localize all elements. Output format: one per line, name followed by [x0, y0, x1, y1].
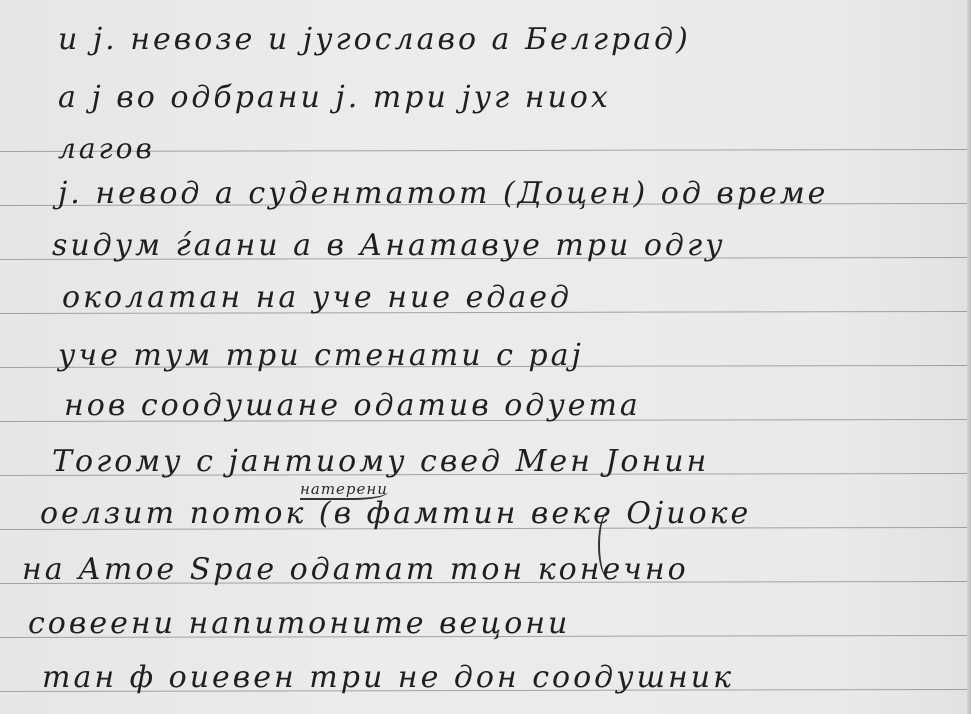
handwritten-line: на Атое Ѕрае одатат тон конечно — [22, 552, 689, 587]
handwritten-line: ѕидум ѓаани а в Анатавуе три одгу — [52, 228, 726, 263]
handwritten-line: тан ф оиевен три не дон соодушник — [42, 660, 734, 695]
interlinear-insertion: натерени — [300, 480, 388, 500]
handwritten-line: Тогому с јантиому свед Мен Јонин — [52, 444, 709, 479]
handwritten-line: ј. невод а судентатот (Доцен) од време — [58, 176, 828, 211]
handwritten-line: а ј во одбрани ј. три југ ниох — [58, 80, 611, 115]
handwritten-line: совеени напитоните вецони — [28, 606, 570, 641]
handwritten-line: оелзит поток (в фамтин веке Ојиоке — [40, 496, 751, 531]
handwritten-line: околатан на уче ние едаед — [62, 280, 572, 315]
handwritten-line: и ј. невозе и југославо а Белград) — [58, 22, 691, 57]
handwritten-line: уче тум три стенати с рај — [58, 338, 584, 373]
handwritten-line: лагов — [58, 132, 155, 165]
handwritten-line: нов соодушане одатив одуета — [64, 388, 641, 423]
page-edge — [967, 0, 971, 714]
notebook-page: и ј. невозе и југославо а Белград)а ј во… — [0, 0, 971, 714]
parenthesis-mark — [598, 510, 622, 580]
